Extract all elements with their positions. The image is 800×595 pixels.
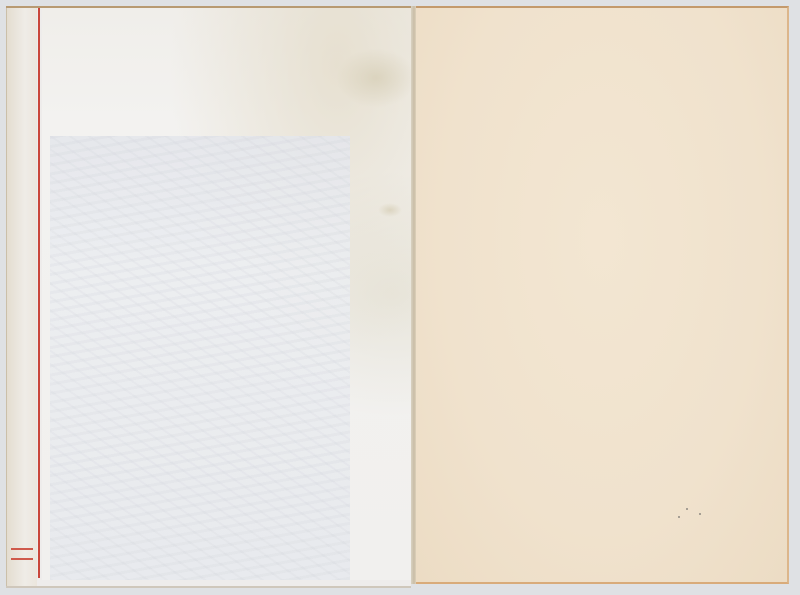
grey-underlayer xyxy=(50,136,350,580)
margin-tick xyxy=(11,548,33,550)
paper-stain xyxy=(378,203,402,217)
right-page xyxy=(416,6,789,584)
margin-tick xyxy=(11,558,33,560)
paper-speck xyxy=(678,516,680,518)
red-margin-line xyxy=(38,8,40,578)
paper-speck xyxy=(699,513,701,515)
left-page xyxy=(6,6,411,588)
paper-stain xyxy=(336,48,416,108)
open-notebook xyxy=(6,4,792,588)
paper-speck xyxy=(686,508,688,510)
left-margin-strip xyxy=(6,8,37,586)
